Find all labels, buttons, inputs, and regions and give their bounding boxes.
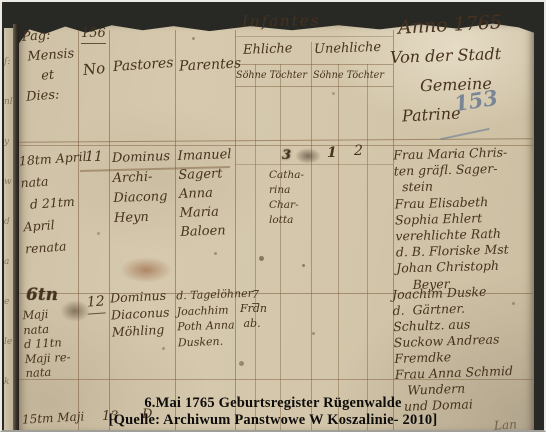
grid-line-v [280,64,281,432]
entry-1-parents: Imanuel Sagert Anna Maria Baloen [177,145,234,242]
entry-2-son: Frdn ab. [240,301,267,331]
entry-2-number: 12 [86,293,105,314]
entry-2-pastor: Dominus Diaconus Möhling [110,287,171,341]
header-ehliche: Ehliche [243,41,293,59]
grid-line-v [255,64,256,432]
header-unehliche: Unehliche [314,40,382,59]
grid-line-h [235,164,393,165]
entry-1-child-name: Catha- rina Char- lotta [269,168,304,228]
entry-2-date: Maji nata d 11tn Maji re- nata [22,306,71,381]
entry-1-number: 11 [85,149,103,167]
header-no: No [82,59,106,80]
header-unehliche-sub: Söhne Töchter [313,69,384,82]
paper-specks [2,2,5,5]
ink-page-number: 156 [81,26,106,44]
margin-fragments: ſ: nl y w d a e le k [4,42,13,402]
scanned-register-page: ſ: nl y w d a e le k Pag: Mensis et Dies… [0,0,546,432]
caption-line-2: [Quelle: Archiwum Panstwowe W Koszalinie… [2,412,544,428]
entry-1-godparents: Frau Maria Chris- ten gräfl. Sager- stei… [393,145,511,294]
grid-line-v [109,30,110,432]
grid-line-v [338,64,339,432]
corner-line-1: Von der Stadt [390,44,502,68]
grid-line-h [235,64,393,65]
grid-line-v [175,30,176,432]
page-gutter [13,24,19,432]
grid-line-v [235,30,236,432]
grid-line-v [367,64,368,432]
entry-2-date-day: 6tn [26,285,58,306]
entry-1-count-daughters-illeg: 2 [354,143,363,161]
entry-1-count-sons-illeg: 1 [327,145,337,163]
grid-line-h [235,36,393,37]
caption-line-1: 6.Mai 1765 Geburtsregister Rügenwalde [2,395,544,411]
entry-1-tally: 3 [282,148,291,164]
grid-line-h [235,86,393,87]
header-infantes: Infantes [242,11,321,31]
header-parentes: Parentes [179,55,242,76]
header-ehliche-sub: Söhne Töchter [236,69,307,82]
entry-1-pastor: Dominus Archi- Diacong Heyn [112,147,173,229]
corner-line-3: Patrine [402,103,462,126]
entry-1-date: 18tm April nata d 21tm April renata [18,146,93,260]
grid-line-v [311,42,312,432]
header-mensis-dies: Pag: Mensis et Dies: [21,24,77,107]
